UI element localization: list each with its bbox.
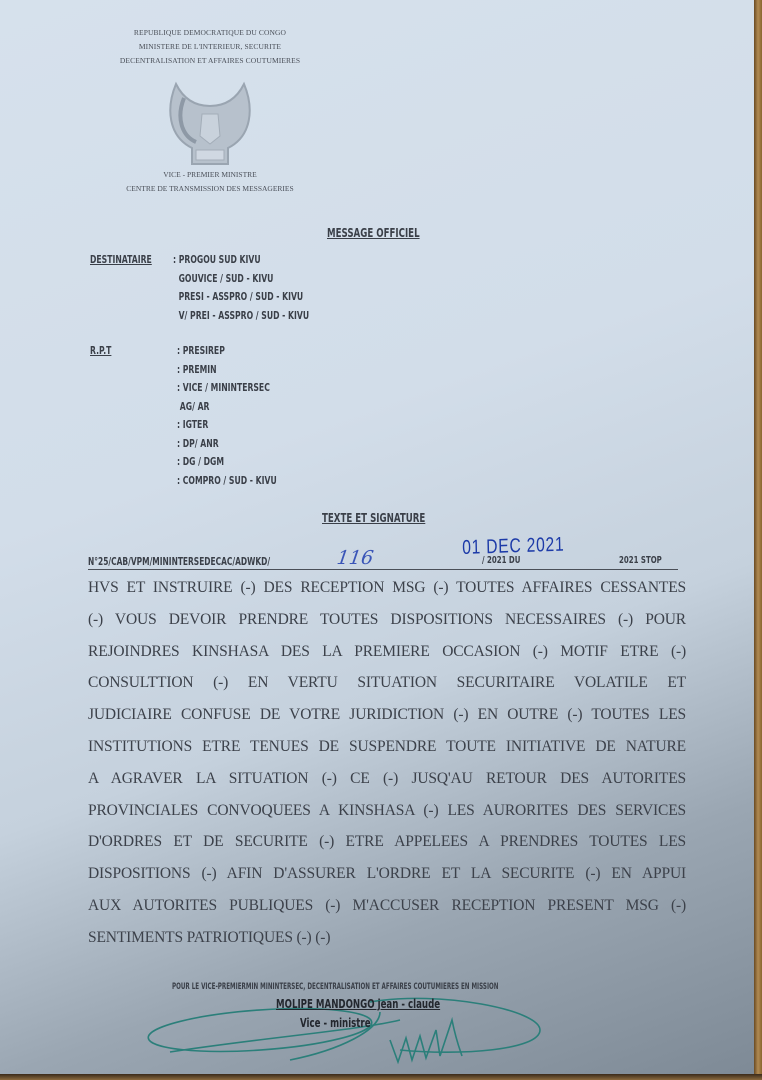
body-line: REJOINDRES KINSHASA DES LA PREMIERE OCCA… (88, 636, 686, 668)
list-item: : DG / DGM (177, 453, 277, 472)
list-item: : COMPRO / SUD - KIVU (177, 472, 277, 491)
body-line: HVS ET INSTRUIRE (-) DES RECEPTION MSG (… (88, 572, 686, 604)
rpt-list: : PRESIREP : PREMIN : VICE / MININTERSEC… (177, 342, 277, 490)
body-line: D'ORDRES ET DE SECURITE (-) ETRE APPELEE… (88, 826, 686, 858)
sub-letterhead-line: CENTRE DE TRANSMISSION DES MESSAGERIES (105, 182, 315, 196)
date-stamp: 01 DEC 2021 (462, 534, 565, 560)
letterhead-line: DECENTRALISATION ET AFFAIRES COUTUMIERES (95, 54, 325, 68)
document-page: REPUBLIQUE DEMOCRATIQUE DU CONGO MINISTE… (0, 0, 754, 1074)
reference-code: N°25/CAB/VPM/MININTERSEDECAC/ADWKD/ (88, 555, 270, 568)
list-item: : VICE / MININTERSEC (177, 379, 277, 398)
table-surface-edge (754, 0, 762, 1080)
rpt-label: R.P.T (90, 344, 111, 357)
signatory-title: Vice - ministre (300, 1016, 371, 1030)
reference-line: N°25/CAB/VPM/MININTERSEDECAC/ADWKD/ / 20… (88, 547, 678, 570)
coat-of-arms-icon (162, 78, 258, 170)
handwritten-number: 116 (335, 547, 374, 569)
body-line: AUX AUTORITES PUBLIQUES (-) M'ACCUSER RE… (88, 890, 686, 922)
list-item: PRESI - ASSPRO / SUD - KIVU (173, 288, 309, 307)
body-line: CONSULTTION (-) EN VERTU SITUATION SECUR… (88, 667, 686, 699)
body-line: (-) VOUS DEVOIR PRENDRE TOUTES DISPOSITI… (88, 604, 686, 636)
signatory-name: MOLIPE MANDONGO jean - claude (276, 997, 440, 1011)
table-surface-edge (0, 1074, 762, 1080)
message-body: HVS ET INSTRUIRE (-) DES RECEPTION MSG (… (88, 572, 686, 954)
body-line: SENTIMENTS PATRIOTIQUES (-) (-) (88, 922, 686, 954)
texte-signature-title: TEXTE ET SIGNATURE (322, 511, 425, 525)
body-line: JUDICIAIRE CONFUSE DE VOTRE JURIDICTION … (88, 699, 686, 731)
reference-stop: 2021 STOP (619, 555, 662, 566)
list-item: V/ PREI - ASSPRO / SUD - KIVU (173, 307, 309, 326)
list-item: : IGTER (177, 416, 277, 435)
letterhead-line: MINISTERE DE L'INTERIEUR, SECURITE (95, 40, 325, 54)
body-line: DISPOSITIONS (-) AFIN D'ASSURER L'ORDRE … (88, 858, 686, 890)
destinataire-label: DESTINATAIRE (90, 253, 152, 266)
sub-letterhead: VICE - PREMIER MINISTRE CENTRE DE TRANSM… (105, 168, 315, 196)
list-item: : PROGOU SUD KIVU (173, 251, 309, 270)
list-item: GOUVICE / SUD - KIVU (173, 270, 309, 289)
list-item: : DP/ ANR (177, 435, 277, 454)
list-item: : PRESIREP (177, 342, 277, 361)
letterhead-line: REPUBLIQUE DEMOCRATIQUE DU CONGO (95, 26, 325, 40)
letterhead: REPUBLIQUE DEMOCRATIQUE DU CONGO MINISTE… (95, 26, 325, 68)
destinataire-list: : PROGOU SUD KIVU GOUVICE / SUD - KIVU P… (173, 251, 309, 325)
sub-letterhead-line: VICE - PREMIER MINISTRE (105, 168, 315, 182)
body-line: A AGRAVER LA SITUATION (-) CE (-) JUSQ'A… (88, 763, 686, 795)
body-line: PROVINCIALES CONVOQUEES A KINSHASA (-) L… (88, 795, 686, 827)
list-item: : PREMIN (177, 361, 277, 380)
list-item: AG/ AR (177, 398, 277, 417)
message-title: MESSAGE OFFICIEL (327, 226, 420, 240)
body-line: INSTITUTIONS ETRE TENUES DE SUSPENDRE TO… (88, 731, 686, 763)
